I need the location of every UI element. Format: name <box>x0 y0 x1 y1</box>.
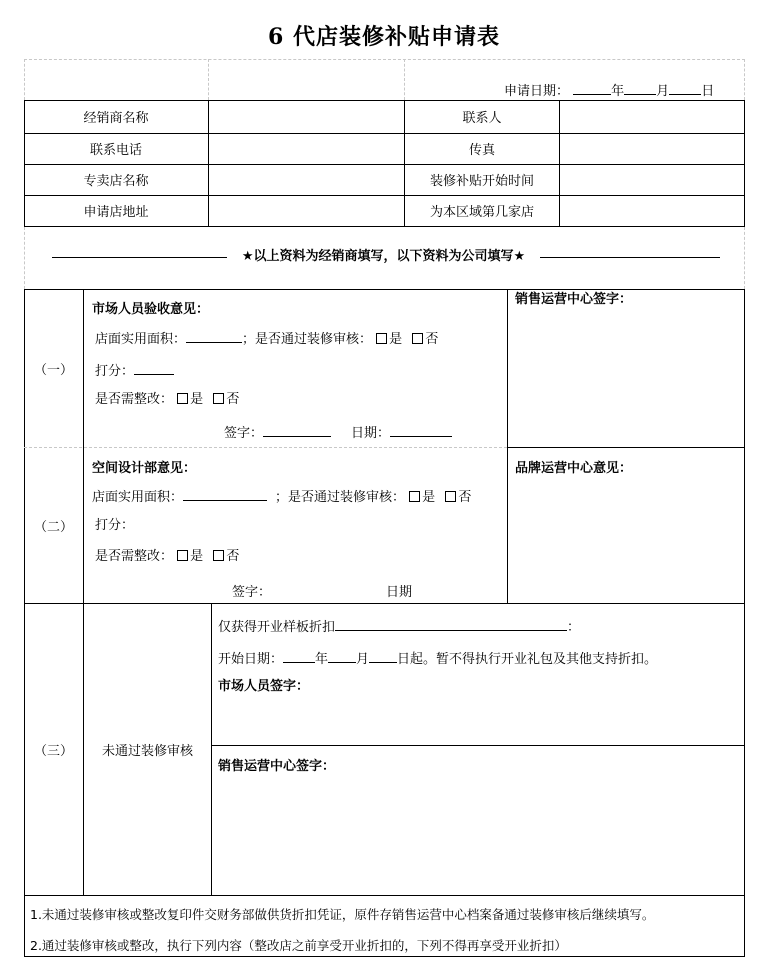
section2-rectify-row: 是否需整改： 是 否 <box>95 549 239 565</box>
market-staff-sign-heading: 市场人员签字： <box>218 679 309 695</box>
divider-line-left <box>52 257 227 258</box>
section-divider-dashed <box>24 447 507 448</box>
section2-rectify-yes-checkbox[interactable] <box>177 550 188 561</box>
label-contact: 联系人 <box>405 100 559 133</box>
area-label: 店面实用面积： <box>92 490 183 505</box>
section3-year-field[interactable] <box>283 649 315 663</box>
year-label: 年 <box>611 84 624 99</box>
apply-month-field[interactable] <box>624 81 656 95</box>
label-store-count: 为本区域第几家店 <box>405 195 559 226</box>
apply-year-field[interactable] <box>573 81 611 95</box>
fax-field[interactable] <box>560 133 744 164</box>
divider-text: ★以上资料为经销商填写，以下资料为公司填写★ <box>227 249 540 265</box>
section1-area-row: 店面实用面积：；是否通过装修审核： 是 否 <box>95 329 438 348</box>
section2-rectify-no-checkbox[interactable] <box>213 550 224 561</box>
subsidy-start-field[interactable] <box>560 164 744 195</box>
label-address: 申请店地址 <box>24 195 208 226</box>
store-name-field[interactable] <box>209 164 404 195</box>
sales-center-sign-heading-2: 销售运营中心签字： <box>218 759 335 775</box>
market-staff-sign-area[interactable] <box>213 698 743 743</box>
form-title: 6 代店装修补贴申请表 <box>0 20 768 51</box>
section3-start-row: 开始日期：年月日起。暂不得执行开业礼包及其他支持折扣。 <box>218 649 657 668</box>
section1-number: （一） <box>24 289 83 447</box>
section2-sign-label: 签字： <box>232 585 271 601</box>
sales-center-sign-heading: 销售运营中心签字： <box>515 292 632 308</box>
apply-day-field[interactable] <box>669 81 701 95</box>
score-label: 打分： <box>95 364 134 379</box>
section1-area-field[interactable] <box>186 329 242 343</box>
header-dashed-col1 <box>208 59 209 100</box>
no-label: 否 <box>458 490 471 505</box>
store-count-field[interactable] <box>560 195 744 226</box>
section3-label: 未通过装修审核 <box>84 604 211 895</box>
no-label: 否 <box>226 392 239 407</box>
row-line <box>507 447 745 448</box>
brand-center-opinion-area[interactable] <box>509 480 743 600</box>
area-label: 店面实用面积： <box>95 332 186 347</box>
day-suffix: 日起。暂不得执行开业礼包及其他支持折扣。 <box>397 652 657 667</box>
dealer-name-field[interactable] <box>209 100 404 133</box>
sales-center-sign-area[interactable] <box>509 312 743 444</box>
section3-number: （三） <box>24 604 83 895</box>
day-label: 日 <box>701 84 714 99</box>
section1-pass-no-checkbox[interactable] <box>412 333 423 344</box>
month-label: 月 <box>356 652 369 667</box>
header-dashed-top <box>24 59 745 60</box>
label-subsidy-start: 装修补贴开始时间 <box>405 164 559 195</box>
discount-label: 仅获得开业样板折扣 <box>218 620 335 635</box>
section1-pass-yes-checkbox[interactable] <box>376 333 387 344</box>
colon: ： <box>567 620 580 635</box>
label-phone: 联系电话 <box>24 133 208 164</box>
divider-dashed-right <box>744 227 745 289</box>
yes-label: 是 <box>190 392 203 407</box>
sign-label: 签字： <box>224 426 263 441</box>
section1-score-row: 打分： <box>95 361 174 380</box>
apply-date-label: 申请日期： <box>504 84 569 99</box>
section3-discount-row: 仅获得开业样板折扣： <box>218 617 580 636</box>
brand-center-opinion-heading: 品牌运营中心意见： <box>515 461 632 477</box>
yes-label: 是 <box>190 549 203 564</box>
label-dealer-name: 经销商名称 <box>24 100 208 133</box>
section2-pass-no-checkbox[interactable] <box>445 491 456 502</box>
section1-date-field[interactable] <box>390 423 452 437</box>
section2-pass-yes-checkbox[interactable] <box>409 491 420 502</box>
rectify-label: 是否需整改： <box>95 392 173 407</box>
label-store-name: 专卖店名称 <box>24 164 208 195</box>
divider-line-right <box>540 257 720 258</box>
section1-sign-field[interactable] <box>263 423 331 437</box>
section2-score-row: 打分： <box>95 518 134 534</box>
row-line <box>211 745 745 746</box>
label-fax: 传真 <box>405 133 559 164</box>
rectify-label: 是否需整改： <box>95 549 173 564</box>
apply-date: 申请日期： 年月日 <box>504 81 714 100</box>
section1-rectify-yes-checkbox[interactable] <box>177 393 188 404</box>
divider-dashed-left <box>24 227 25 289</box>
no-label: 否 <box>425 332 438 347</box>
sales-center-sign-area-2[interactable] <box>213 778 743 893</box>
col-line <box>211 603 212 896</box>
pass-review-label: ；是否通过装修审核： <box>275 490 405 505</box>
yes-label: 是 <box>422 490 435 505</box>
address-field[interactable] <box>209 195 404 226</box>
note-2: 2.通过装修审核或整改，执行下列内容（整改店之前享受开业折扣的，下列不得再享受开… <box>30 938 567 954</box>
section2-area-field[interactable] <box>183 487 267 501</box>
note-1: 1.未通过装修审核或整改复印件交财务部做供货折扣凭证，原件存销售运营中心档案备通… <box>30 907 654 923</box>
month-label: 月 <box>656 84 669 99</box>
start-date-label: 开始日期： <box>218 652 283 667</box>
year-label: 年 <box>315 652 328 667</box>
contact-field[interactable] <box>560 100 744 133</box>
pass-review-label: ；是否通过装修审核： <box>242 332 372 347</box>
header-dashed-right <box>744 59 745 100</box>
section2-heading: 空间设计部意见： <box>92 461 196 477</box>
no-label: 否 <box>226 549 239 564</box>
section1-heading: 市场人员验收意见： <box>92 302 209 318</box>
section3-day-field[interactable] <box>369 649 397 663</box>
yes-label: 是 <box>389 332 402 347</box>
section1-rectify-no-checkbox[interactable] <box>213 393 224 404</box>
section2-area-row: 店面实用面积：；是否通过装修审核： 是 否 <box>92 487 471 506</box>
phone-field[interactable] <box>209 133 404 164</box>
section3-discount-field[interactable] <box>335 617 567 631</box>
header-dashed-col2 <box>404 59 405 100</box>
header-dashed-left <box>24 59 25 100</box>
section2-date-label: 日期 <box>386 585 412 601</box>
section2-number: （二） <box>24 448 83 603</box>
section1-sign-row: 签字：日期： <box>224 423 452 442</box>
date-label: 日期： <box>351 426 390 441</box>
section3-month-field[interactable] <box>328 649 356 663</box>
section1-rectify-row: 是否需整改： 是 否 <box>95 392 239 408</box>
section1-score-field[interactable] <box>134 361 174 375</box>
